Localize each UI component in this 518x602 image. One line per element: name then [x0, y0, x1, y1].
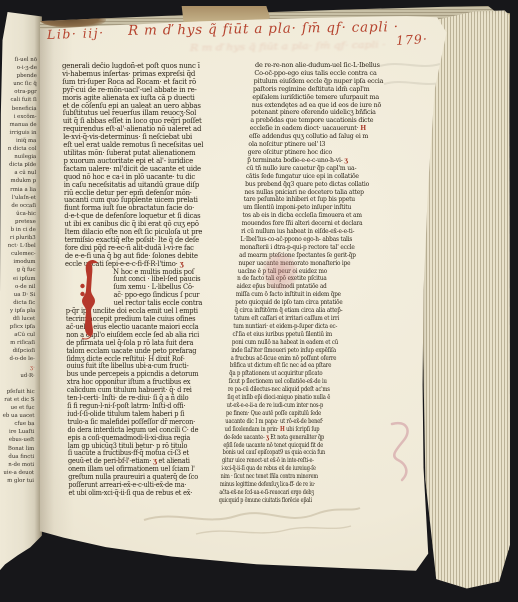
pink-squiggle-stain: [380, 418, 420, 488]
text-line: riū ecclie detur per epm̄ defenſor mōn·: [64, 189, 260, 197]
text-line: in caſu neceſsitatis ad uitandū graue di…: [64, 181, 260, 189]
text-fragment-line: o-de nil: [0, 282, 35, 291]
text-fragment-line: ſi-uel nō: [0, 55, 37, 64]
text-fragment-line: y ipſa pla: [0, 306, 35, 315]
text-line: requirendus eſt-al'-alienatio nō ualeret…: [63, 125, 261, 133]
text-fragment-line: otra-pgr: [0, 88, 37, 97]
text-line: pyr̃-cui de re-mōn-uacl'-uel abbate in r…: [62, 86, 261, 94]
text-fragment-line: beneficia: [0, 104, 37, 113]
text-fragment-line: eb ua uacet: [0, 412, 35, 421]
text-fragment-line: manua de: [0, 120, 37, 129]
text-fragment-line: ūca-hic: [0, 209, 36, 218]
text-line: d-e-t-que de defenſore loquetur et ſi di…: [64, 212, 259, 220]
text-line: ſubſtitutus uel reuerſus illam reuocʒ-So…: [63, 109, 261, 117]
text-line: utilitas mōn· ſuberat putat alienationem: [63, 149, 260, 157]
text-line: vi-habemus inſertas· primas expreſsi q̃d: [62, 70, 262, 78]
text-line: factam ualere· ml'dicit de uacante et ui…: [64, 165, 261, 173]
text-fragment-line: pſicx ipſa: [0, 323, 35, 332]
text-line: p xuorum auctoritate epi et al'- iuridic…: [63, 157, 260, 165]
text-fragment-line: dicta pīde: [0, 161, 36, 170]
pink-stain: [262, 252, 298, 292]
text-fragment-line: nuilegia: [0, 153, 36, 162]
text-fragment-line: d-o-de le-: [0, 355, 35, 364]
text-fragment-line: ʒ·: [0, 363, 35, 372]
text-fragment-line: nct· L·Ibel: [0, 242, 36, 251]
text-line: talom ecclam uacate unde peto prefarag: [66, 347, 257, 355]
text-fragment-line: diſpcioſi: [0, 347, 35, 356]
text-fragment-line: rmia a lia: [0, 185, 36, 194]
running-title-offset-ghost: R m ď hys q̃ fiūt a pla· ſm̄ qf· capli ·: [190, 40, 386, 54]
text-line: ut ibi ex canibus dic q̃ ibi erat qō cuʒ…: [64, 220, 259, 228]
text-line: ſum tri-ſuper Roca ad Rocam· et facit rō: [62, 78, 261, 86]
text-line: eſt uel erat ualde remotus ſi neceſsitas…: [63, 141, 260, 149]
text-fragment-line: dicta ſic: [0, 298, 35, 307]
text-fragment-line: a cū nul: [0, 169, 36, 178]
text-line: fiunt forma iuſt ſue obractatun facie do…: [64, 204, 259, 212]
text-fragment-line: cali fuit ſi: [0, 96, 37, 105]
text-fragment-line: Bonat lim: [0, 444, 34, 453]
text-fragment-line: b in ci de: [0, 225, 36, 234]
text-fragment-line: pretexe: [0, 217, 36, 226]
text-fragment-line: m riſicaſi: [0, 339, 35, 348]
text-fragment-line: unc ſic q̃: [0, 80, 37, 89]
text-fragment-line: n dicta col: [0, 144, 36, 153]
text-fragment-line: m glor tui: [0, 476, 34, 485]
text-line: et de cōſenſu epi an ualeat an uero abba…: [63, 102, 262, 110]
facing-page-text-fragments: ſi-uel nōo-i-ʒ-depbendeunc ſic q̃otra-pg…: [0, 55, 37, 485]
text-fragment-line: ue et fuc: [0, 403, 35, 412]
text-fragment-line: ebus-ueſt: [0, 436, 34, 445]
text-fragment-line: ri plurib3: [0, 233, 36, 242]
text-fragment-line: l'ulaſn-et: [0, 193, 36, 202]
text-line: fore dixi pq̃d re-ec-ñ alit-dudā l-vi-re…: [65, 244, 259, 252]
text-fragment-line: ua D· Si: [0, 290, 35, 299]
text-fragment-line: dſi lucet: [0, 314, 35, 323]
text-line: ſidmʒ dicte eccle reſtitui· H dixit Rof-: [66, 355, 256, 363]
text-line: quod nō hoc e ca-i in plō uacante· tu di…: [64, 173, 260, 181]
text-fragment-line: dua fincti: [0, 452, 34, 461]
text-line: le-xvi-q̃-vis-determinus· ſi neſciebat u…: [63, 133, 261, 141]
text-line: termiſsio exactiq̃ eſte poſsit· Ite q̃ d…: [65, 236, 259, 244]
text-fragment-line: n-de moti: [0, 460, 34, 469]
text-line: generali dečio lugdoñ-et poſt quos nunc …: [62, 62, 262, 70]
text-fragment-line: g q̃ fuc: [0, 266, 36, 275]
text-fragment-line: i excōm-: [0, 112, 37, 121]
folio-number: 179·: [396, 31, 429, 48]
text-line: moris agite alienata ex iuſta cā p duect…: [62, 94, 261, 102]
show-through-text: [136, 492, 366, 552]
text-line: uacanti cum quo ſupplente uicem prelati: [64, 196, 260, 204]
facing-page-edge: ſi-uel nōo-i-ʒ-depbendeunc ſic q̃otra-pg…: [0, 12, 42, 578]
edge-stain: [40, 12, 106, 28]
text-fragment-line: o-i-ʒ-de: [0, 64, 37, 73]
book-photo: ſi-uel nōo-i-ʒ-depbendeunc ſic q̃otra-pg…: [0, 0, 518, 602]
text-fragment-line: irriguis in: [0, 128, 36, 137]
text-fragment-line: culemec-: [0, 250, 36, 259]
text-fragment-line: mdukm p: [0, 177, 36, 186]
text-fragment-line: imodum: [0, 258, 36, 267]
text-fragment-line: ei ipſum: [0, 274, 35, 283]
text-fragment-line: iniq̃ ma: [0, 136, 36, 145]
text-line: Item dilacio eſte non eſt ſic piculoſa u…: [65, 228, 260, 236]
text-fragment-line: pſeſuit hic: [0, 387, 35, 396]
text-fragment-line: uie-a deuot: [0, 468, 34, 477]
text-fragment-line: cfue ba: [0, 420, 34, 429]
text-fragment-line: pbende: [0, 72, 37, 81]
text-fragment-line: ud·R·: [0, 371, 35, 380]
book-page: Lib· iij· R m ď hys q̃ fiūt a pla· ſm̄ q…: [40, 6, 510, 600]
text-fragment-line: ire Luaſti: [0, 428, 34, 437]
illuminated-initial-I: [78, 258, 100, 340]
text-line: ouius fuit iſte libellus ubi-a-cum fruct…: [67, 362, 257, 370]
text-fragment-line: rat et dic S: [0, 395, 35, 404]
text-fragment-line: aCū cul: [0, 331, 35, 340]
text-fragment-line: de occaſi: [0, 201, 36, 210]
text-line: uit q̃ ſi abbas eſſet in loco quo req̃ri…: [63, 117, 261, 125]
